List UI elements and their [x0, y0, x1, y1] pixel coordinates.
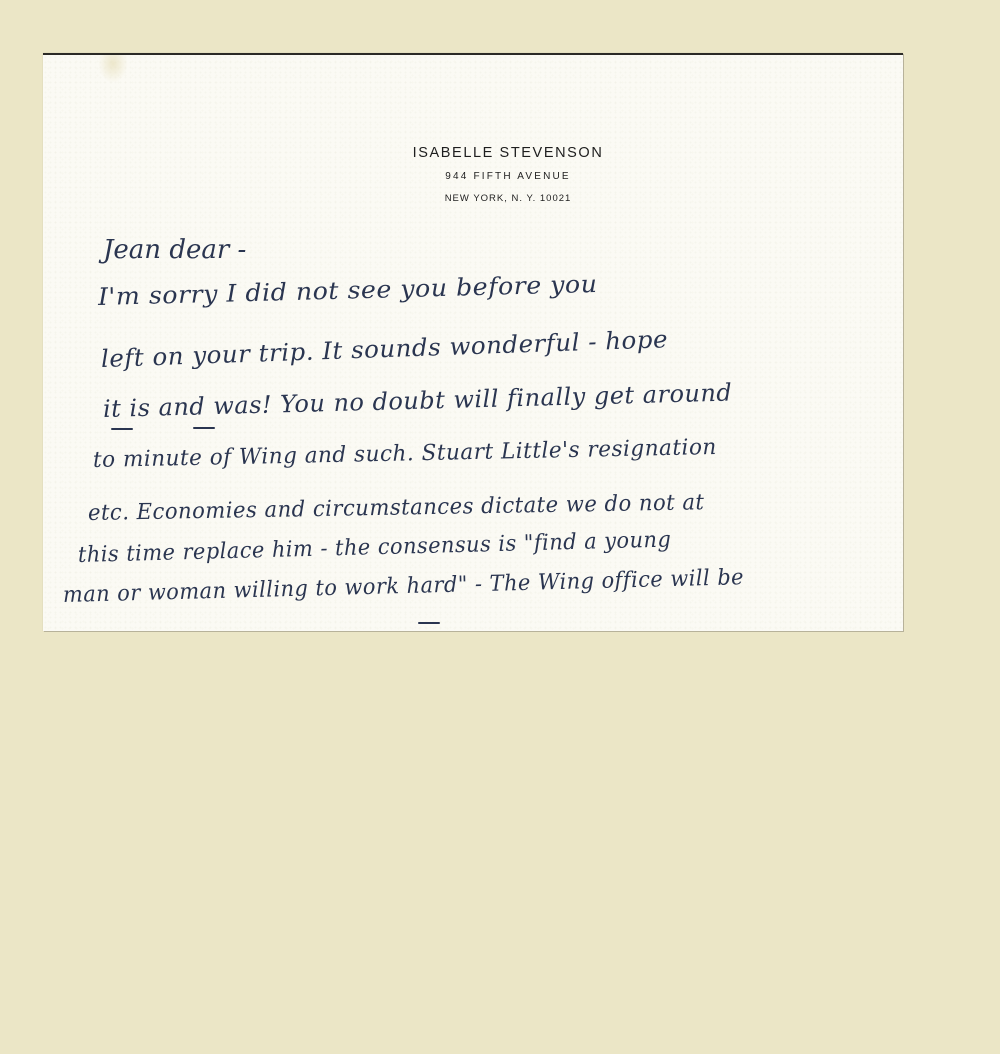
underline-was	[193, 427, 215, 429]
letter-line-3: it is and was! You no doubt will finally…	[103, 379, 733, 423]
underline-is	[111, 428, 133, 430]
paper-stain	[98, 55, 128, 83]
letter-card: ISABELLE STEVENSON 944 FIFTH AVENUE NEW …	[43, 53, 903, 631]
letter-line-4: to minute of Wing and such. Stuart Littl…	[93, 435, 717, 473]
letter-line-7: man or woman willing to work hard" - The…	[63, 565, 745, 608]
letter-line-5: etc. Economies and circumstances dictate…	[88, 490, 705, 526]
letter-line-6: this time replace him - the consensus is…	[78, 527, 672, 568]
underline-hard	[418, 622, 440, 624]
letter-line-1: I'm sorry I did not see you before you	[98, 270, 598, 311]
letter-salutation: Jean dear -	[103, 235, 246, 265]
letterhead-city: NEW YORK, N. Y. 10021	[113, 193, 903, 204]
letterhead-address: 944 FIFTH AVENUE	[113, 171, 903, 182]
letterhead: ISABELLE STEVENSON 944 FIFTH AVENUE NEW …	[43, 145, 903, 204]
letterhead-name: ISABELLE STEVENSON	[113, 145, 903, 161]
letter-line-2: left on your trip. It sounds wonderful -…	[101, 325, 669, 373]
